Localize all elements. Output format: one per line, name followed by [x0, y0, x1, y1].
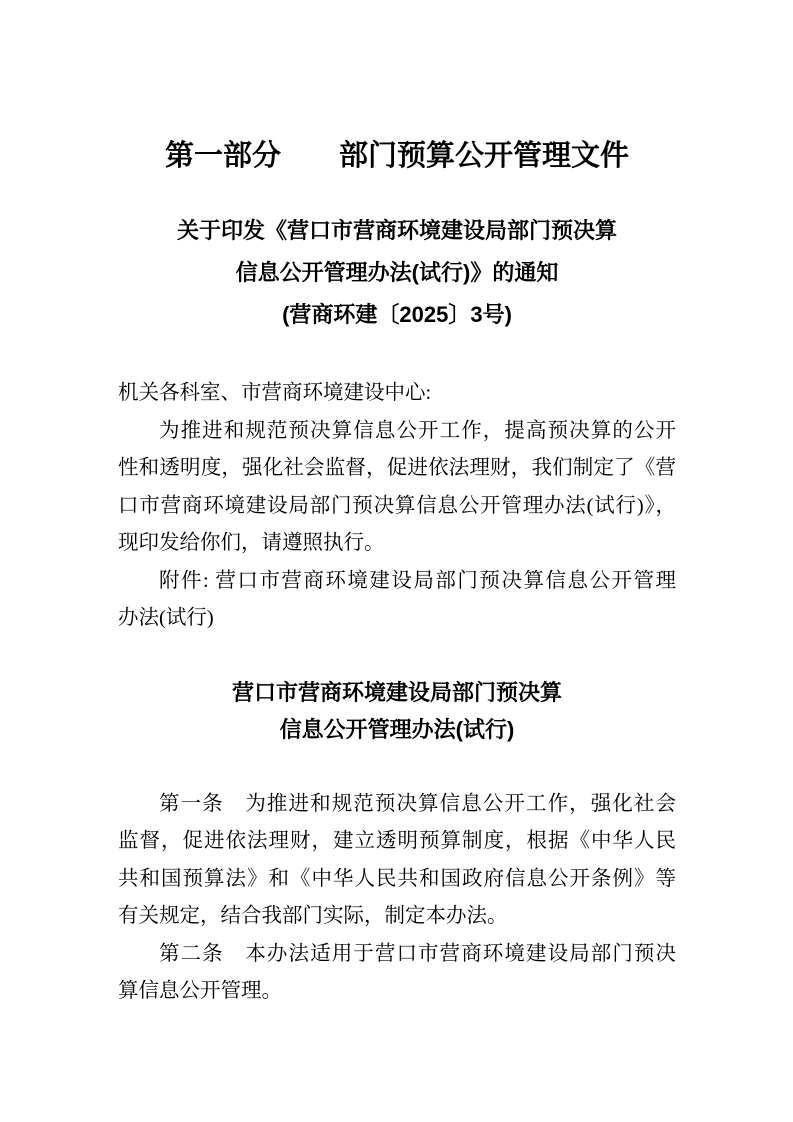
article1-line-1: 第一条 为推进和规范预决算信息公开工作，强化社会 [118, 786, 676, 824]
notice-title-line-1: 关于印发《营口市营商环境建设局部门预决算 [118, 210, 676, 252]
article2-line-2: 算信息公开管理。 [118, 973, 676, 1011]
article2-line-1: 第二条 本办法适用于营口市营商环境建设局部门预决 [118, 936, 676, 974]
notice-title-line-2: 信息公开管理办法(试行)》的通知 [118, 252, 676, 294]
salutation: 机关各科室、市营商环境建设中心: [118, 375, 676, 413]
notice-document-number: (营商环建〔2025〕3号) [118, 294, 676, 336]
articles: 第一条 为推进和规范预决算信息公开工作，强化社会 监督，促进依法理财，建立透明预… [118, 786, 676, 1011]
attachment-line-1: 附件: 营口市营商环境建设局部门预决算信息公开管理 [118, 563, 676, 601]
method-title-line-1: 营口市营商环境建设局部门预决算 [118, 674, 676, 712]
article1-line-2: 监督，促进依法理财，建立透明预算制度，根据《中华人民 [118, 823, 676, 861]
method-title-line-2: 信息公开管理办法(试行) [118, 711, 676, 749]
article1-line-4: 有关规定，结合我部门实际，制定本办法。 [118, 898, 676, 936]
document-page: 第一部分 部门预算公开管理文件 关于印发《营口市营商环境建设局部门预决算 信息公… [0, 0, 793, 1122]
notice-body-line-4: 现印发给你们，请遵照执行。 [118, 525, 676, 563]
notice-title: 关于印发《营口市营商环境建设局部门预决算 信息公开管理办法(试行)》的通知 (营… [118, 210, 676, 336]
document-content: 第一部分 部门预算公开管理文件 关于印发《营口市营商环境建设局部门预决算 信息公… [118, 0, 676, 1011]
article1-line-3: 共和国预算法》和《中华人民共和国政府信息公开条例》等 [118, 861, 676, 899]
notice-body: 机关各科室、市营商环境建设中心: 为推进和规范预决算信息公开工作，提高预决算的公… [118, 375, 676, 638]
notice-body-line-2: 性和透明度，强化社会监督，促进依法理财，我们制定了《营 [118, 450, 676, 488]
attachment-line-2: 办法(试行) [118, 600, 676, 638]
notice-body-line-1: 为推进和规范预决算信息公开工作，提高预决算的公开 [118, 413, 676, 451]
method-title: 营口市营商环境建设局部门预决算 信息公开管理办法(试行) [118, 674, 676, 749]
part-title: 第一部分 部门预算公开管理文件 [118, 136, 676, 176]
notice-body-line-3: 口市营商环境建设局部门预决算信息公开管理办法(试行)》， [118, 488, 676, 526]
